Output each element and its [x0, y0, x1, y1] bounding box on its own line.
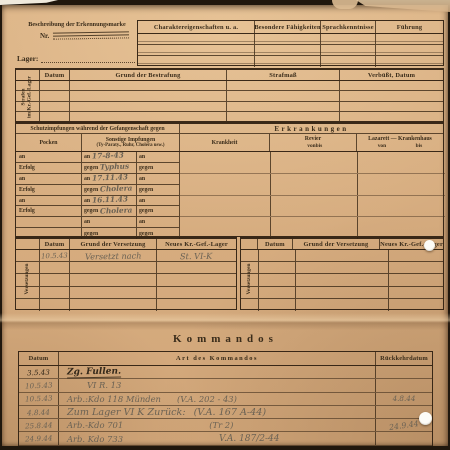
empty-cell — [375, 34, 443, 44]
empty-row — [138, 56, 443, 67]
impfung-type-handwritten: Cholera — [100, 205, 133, 215]
impfung-row: ErfolggegenTyphusgegen — [16, 163, 179, 174]
empty-row — [241, 250, 443, 262]
empty-row — [16, 299, 236, 311]
kommando-datum-cell: 24.9.44 — [19, 432, 58, 444]
sonstige-line2: (Ty-Paraty., Ruhr, Cholera usw.) — [96, 143, 164, 148]
versetzung-datum-cell: 10.5.43 — [39, 250, 69, 261]
empty-cell — [339, 102, 443, 111]
col-grund-der-versetzung: Grund der Versetzung — [292, 239, 379, 249]
pocken-cell: Erfolg — [16, 206, 81, 216]
gegen-label: gegen — [139, 208, 153, 214]
erfolg-label: Erfolg — [19, 208, 35, 214]
impfungen-subheader-row: Pocken Sonstige Impfungen (Ty-Paraty., R… — [16, 134, 443, 152]
empty-cell — [69, 81, 226, 90]
col-datum: Datum — [39, 239, 69, 249]
empty-cell — [375, 45, 443, 55]
lager-dotted-line — [41, 55, 135, 63]
kommando-datum-cell: 10.5.43 — [19, 393, 58, 405]
lager-row: Lager: — [17, 54, 135, 63]
versetzung-neues-lager-handwritten: St. VI-K — [180, 250, 212, 261]
empty-cell — [180, 174, 270, 195]
pocken-cell: Erfolg — [16, 163, 81, 173]
gegen-label: gegen — [139, 187, 153, 193]
empty-row — [16, 102, 443, 112]
kommando-note-handwritten: V.A. 187/2-44 — [219, 434, 279, 444]
impfung-cell: gegenCholera — [81, 185, 136, 195]
empty-cell — [241, 299, 258, 311]
kommando-row: 10.5.43 VI R. 13 — [19, 379, 432, 392]
impfungen-body: anan17-8-43an ErfolggegenTyphusgegen ana… — [16, 152, 179, 239]
scanned-pow-record-card: Beschreibung der Erkennungsmarke Nr. Lag… — [0, 0, 450, 450]
empty-cell — [295, 262, 388, 273]
kommando-datum-handwritten: 25.8.44 — [25, 420, 53, 430]
versetzung-grund-handwritten: Versetzt nach — [85, 250, 142, 261]
kommando-text-handwritten: Arb. Kdo 733 — [67, 434, 123, 444]
empty-row — [16, 274, 236, 286]
empty-cell — [69, 287, 156, 298]
kommando-datum-handwritten: 10.5.43 — [25, 394, 53, 404]
gegen-label: gegen — [139, 231, 153, 237]
impfung-cell: an — [81, 217, 136, 227]
empty-cell — [295, 274, 388, 285]
empty-row — [180, 217, 445, 239]
lager-label: Lager: — [17, 54, 38, 63]
punch-hole — [419, 412, 432, 425]
kommando-datum-handwritten: 3.5.43 — [27, 367, 50, 377]
empty-cell — [226, 102, 339, 111]
kommando-rueckkehr-cell — [375, 432, 432, 444]
empty-row — [180, 152, 445, 174]
kommando-rueckkehr-cell — [375, 379, 432, 391]
empty-row — [16, 112, 443, 122]
empty-row — [241, 299, 443, 311]
col-lazarett: Lazarett — Krankenhaus vonbis — [356, 134, 443, 151]
col-datum: Datum — [257, 239, 292, 249]
empty-cell — [226, 81, 339, 90]
impfung-cell: gegenTyphus — [81, 163, 136, 173]
col-art-des-kommandos: Art des Kommandos — [58, 352, 375, 365]
impfung-row: anan17-8-43an — [16, 152, 179, 163]
an-label: an — [139, 176, 145, 182]
empty-row — [16, 91, 443, 101]
impfung-cell: an17-8-43 — [81, 152, 136, 162]
empty-cell — [39, 81, 69, 90]
rueckkehr-datum-handwritten: 4.8.44 — [393, 394, 416, 403]
empty-cell — [258, 299, 295, 311]
empty-cell — [258, 287, 295, 298]
kommando-text-handwritten: Zum Lager VI K Zurück: — [67, 407, 186, 418]
empty-cell — [39, 91, 69, 100]
gegen-label: gegen — [84, 231, 98, 237]
empty-cell — [69, 91, 226, 100]
fold-crease — [0, 313, 450, 330]
impfung-row: ErfolggegenCholeragegen — [16, 185, 179, 196]
empty-cell — [180, 217, 270, 239]
impfung-row: ErfolggegenCholeragegen — [16, 206, 179, 217]
empty-cell — [16, 299, 39, 311]
pocken-cell: Erfolg — [16, 185, 81, 195]
col-pocken: Pocken — [16, 134, 81, 151]
character-table: Charaktereigenschaften u. a. Besondere F… — [137, 20, 444, 66]
rueckkehr-datum-handwritten: 24.9.44 — [389, 419, 420, 432]
empty-cell — [357, 196, 445, 217]
pocken-label: an — [19, 198, 25, 204]
kommando-row: 4.8.44 Zum Lager VI K Zurück:(V.A. 167 A… — [19, 406, 432, 419]
col-grund-der-bestrafung: Grund der Bestrafung — [69, 70, 226, 80]
versetzungen-side-text: Versetzungen — [246, 264, 252, 295]
empty-row — [180, 196, 445, 218]
an-label: an — [139, 154, 145, 160]
empty-cell — [258, 262, 295, 273]
pocken-label: an — [19, 154, 25, 160]
empty-cell — [69, 262, 156, 273]
an-label: an — [84, 219, 90, 225]
impfung-date-handwritten: 17-8-43 — [92, 151, 124, 161]
kommando-art-cell: Zg. Fullen. — [58, 366, 375, 378]
schutzimpfungen-header: Schutzimpfungen während der Gefangenscha… — [16, 124, 179, 133]
impfung-type-handwritten: Typhus — [100, 162, 129, 172]
erkrankungen-header: Erkrankungen — [179, 124, 443, 133]
kommando-datum-cell: 3.5.43 — [19, 366, 58, 378]
kommando-rueckkehr-cell: 4.8.44 — [375, 393, 432, 405]
kommandos-table: Datum Art des Kommandos Rückkehrdatum 3.… — [18, 351, 433, 446]
empty-cell — [258, 274, 295, 285]
empty-cell — [254, 56, 320, 67]
an-label: an — [84, 154, 90, 160]
kommando-note-handwritten: (Tr 2) — [209, 420, 233, 430]
an-label: an — [84, 198, 90, 204]
empty-cell — [254, 34, 320, 44]
versetzungen-header: Datum Grund der Versetzung Neues Kr.-Gef… — [16, 239, 236, 250]
impfung-cell2: gegen — [136, 206, 179, 216]
impfung-cell: an17.11.43 — [81, 174, 136, 184]
empty-cell — [320, 45, 375, 55]
gegen-label: gegen — [84, 187, 98, 193]
strafen-table: Datum Grund der Bestrafung Strafmaß Verb… — [15, 68, 444, 122]
empty-cell — [138, 56, 254, 67]
gegen-label: gegen — [139, 165, 153, 171]
kommando-text-handwritten: Arb.:Kdo 118 Münden — [67, 394, 161, 404]
empty-cell — [69, 299, 156, 311]
kommando-row: 3.5.43 Zg. Fullen. — [19, 366, 432, 379]
lazarett-von: von — [378, 143, 386, 149]
impfung-date-handwritten: 17.11.43 — [92, 173, 128, 183]
kommando-art-cell: Arb.-Kdo 701(Tr 2) — [58, 419, 375, 431]
empty-cell — [39, 112, 69, 122]
an-label: an — [139, 198, 145, 204]
versetzungen-side-label: Versetzungen — [246, 264, 252, 295]
pocken-cell: an — [16, 196, 81, 206]
revier-label-wrap: Revier vonbis — [305, 136, 321, 149]
pocken-cell: an — [16, 174, 81, 184]
empty-cell — [69, 112, 226, 122]
empty-cell — [295, 287, 388, 298]
strafen-side-label: Strafen im Kr.-Gef.-Lager — [21, 76, 34, 118]
empty-row — [241, 274, 443, 286]
versetzung-neues-cell: St. VI-K — [156, 250, 236, 261]
punch-hole — [424, 240, 435, 251]
empty-cell — [69, 274, 156, 285]
gegen-label: gegen — [84, 208, 98, 214]
col-krankheit: Krankheit — [179, 134, 269, 151]
col-datum: Datum — [19, 352, 58, 365]
versetzung-entry-row: 10.5.43 Versetzt nach St. VI-K — [16, 250, 236, 262]
empty-cell — [39, 287, 69, 298]
lazarett-label-wrap: Lazarett — Krankenhaus vonbis — [368, 136, 432, 149]
empty-cell — [180, 196, 270, 217]
impfung-cell2: an — [136, 174, 179, 184]
empty-cell — [156, 299, 236, 311]
impfungen-header-row: Schutzimpfungen während der Gefangenscha… — [16, 124, 443, 134]
kommandos-header: Datum Art des Kommandos Rückkehrdatum — [19, 352, 432, 366]
empty-cell — [258, 250, 295, 261]
kommando-row: 24.9.44 Arb. Kdo 733V.A. 187/2-44 — [19, 432, 432, 445]
col-sprachkenntnisse: Sprachkenntnisse — [320, 21, 375, 33]
pocken-cell — [16, 217, 81, 227]
empty-cell — [295, 299, 388, 311]
lazarett-bis: bis — [416, 143, 423, 149]
empty-row — [241, 287, 443, 299]
erkrankungen-body — [179, 152, 445, 239]
versetzung-datum-handwritten: 10.5.43 — [41, 251, 68, 260]
empty-cell — [388, 250, 443, 261]
strafen-side-line2: im Kr.-Gef.-Lager — [27, 76, 33, 118]
id-section: Beschreibung der Erkennungsmarke Nr. Lag… — [14, 18, 135, 66]
kommando-text-handwritten: Zg. Fullen. — [67, 366, 121, 378]
impfung-cell: an16.11.43 — [81, 196, 136, 206]
empty-cell — [339, 112, 443, 122]
impfung-cell2: an — [136, 152, 179, 162]
kommando-rueckkehr-cell — [375, 366, 432, 378]
impfung-row: anan — [16, 217, 179, 228]
empty-cell — [254, 45, 320, 55]
col-neues-lager: Neues Kr.-Gef.-Lager — [156, 239, 236, 249]
empty-row — [16, 81, 443, 91]
empty-row — [16, 262, 236, 274]
versetzung-grund-cell: Versetzt nach — [69, 250, 156, 261]
kommando-datum-handwritten: 24.9.44 — [25, 434, 53, 444]
col-revier: Revier vonbis — [269, 134, 356, 151]
kommando-datum-handwritten: 10.5.43 — [25, 380, 53, 390]
impfung-cell: gegenCholera — [81, 206, 136, 216]
empty-cell — [69, 102, 226, 111]
empty-cell — [388, 262, 443, 273]
col-strafmass: Strafmaß — [226, 70, 339, 80]
col-datum: Datum — [39, 70, 69, 80]
empty-cell — [320, 34, 375, 44]
character-table-header: Charaktereigenschaften u. a. Besondere F… — [138, 21, 443, 34]
empty-cell — [357, 217, 445, 239]
kommando-art-cell: Arb. Kdo 733V.A. 187/2-44 — [58, 432, 375, 444]
kommando-text-handwritten: VI R. 13 — [87, 380, 121, 390]
nr-row: Nr. — [40, 31, 129, 40]
revier-bis: bis — [316, 143, 323, 149]
empty-cell — [388, 274, 443, 285]
kommando-art-cell: Zum Lager VI K Zurück:(V.A. 167 A-44) — [58, 406, 375, 418]
impfung-cell2: an — [136, 196, 179, 206]
impfung-type-handwritten: Cholera — [100, 184, 133, 194]
kommando-art-cell: VI R. 13 — [58, 379, 375, 391]
versetzungen-side-label: Versetzungen — [24, 264, 30, 295]
empty-cell — [357, 152, 445, 173]
empty-cell — [270, 152, 357, 173]
empty-cell — [339, 81, 443, 90]
empty-cell — [270, 196, 357, 217]
empty-cell — [226, 112, 339, 122]
nr-label: Nr. — [40, 32, 49, 40]
col-fuehrung: Führung — [375, 21, 443, 33]
versetzungen-side-head — [241, 239, 257, 249]
empty-row — [241, 262, 443, 274]
versetzungen-side-head — [16, 239, 39, 249]
nr-scribble — [53, 30, 129, 39]
strafen-header: Datum Grund der Bestrafung Strafmaß Verb… — [16, 70, 443, 81]
empty-row — [180, 174, 445, 196]
erkennungsmarke-label: Beschreibung der Erkennungsmarke — [22, 21, 132, 28]
lazarett-label: Lazarett — Krankenhaus — [368, 136, 432, 143]
pocken-label: an — [19, 176, 25, 182]
erfolg-label: Erfolg — [19, 165, 35, 171]
col-rueckkehrdatum: Rückkehrdatum — [375, 352, 432, 365]
versetzungen-side-text: Versetzungen — [24, 264, 30, 295]
empty-cell — [156, 262, 236, 273]
empty-cell — [138, 45, 254, 55]
kommando-art-cell: Arb.:Kdo 118 Münden(V.A. 202 - 43) — [58, 393, 375, 405]
empty-cell — [388, 299, 443, 311]
versetzungen-header: Datum Grund der Versetzung Neues Kr.-Gef… — [241, 239, 443, 250]
impfung-cell2: gegen — [136, 185, 179, 195]
kommando-datum-cell: 25.8.44 — [19, 419, 58, 431]
empty-cell — [339, 91, 443, 100]
empty-row — [138, 34, 443, 45]
empty-row — [16, 287, 236, 299]
col-grund-der-versetzung: Grund der Versetzung — [69, 239, 156, 249]
revier-label: Revier — [305, 136, 321, 143]
kommando-note-handwritten: (V.A. 202 - 43) — [177, 394, 237, 404]
gegen-label: gegen — [84, 165, 98, 171]
empty-cell — [156, 274, 236, 285]
impfungen-erkrankungen-table: Schutzimpfungen während der Gefangenscha… — [15, 122, 444, 237]
empty-cell — [320, 56, 375, 67]
versetzungen-table-left: Datum Grund der Versetzung Neues Kr.-Gef… — [15, 237, 237, 310]
erfolg-label: Erfolg — [19, 187, 35, 193]
kommando-row: 25.8.44 Arb.-Kdo 701(Tr 2) 24.9.44 — [19, 419, 432, 432]
col-charaktereigenschaften: Charaktereigenschaften u. a. — [138, 21, 254, 33]
empty-cell — [180, 152, 270, 173]
empty-cell — [241, 250, 258, 261]
impfung-cell2: an — [136, 217, 179, 227]
kommando-datum-cell: 4.8.44 — [19, 406, 58, 418]
empty-cell — [39, 299, 69, 311]
kommando-datum-cell: 10.5.43 — [19, 379, 58, 391]
col-sonstige-impfungen: Sonstige Impfungen (Ty-Paraty., Ruhr, Ch… — [81, 134, 179, 151]
kommando-text-handwritten: Arb.-Kdo 701 — [67, 420, 123, 430]
empty-row — [138, 45, 443, 56]
impfung-date-handwritten: 16.11.43 — [92, 194, 128, 204]
kommandos-title: Kommandos — [18, 333, 433, 345]
kommando-datum-handwritten: 4.8.44 — [27, 407, 50, 417]
empty-cell — [357, 174, 445, 195]
an-label: an — [84, 176, 90, 182]
kommando-row: 10.5.43 Arb.:Kdo 118 Münden(V.A. 202 - 4… — [19, 393, 432, 406]
pocken-cell: an — [16, 152, 81, 162]
empty-cell — [388, 287, 443, 298]
impfung-row: anan16.11.43an — [16, 196, 179, 207]
empty-cell — [375, 56, 443, 67]
impfung-cell2: gegen — [136, 163, 179, 173]
revier-von: von — [307, 143, 315, 149]
impfung-row: anan17.11.43an — [16, 174, 179, 185]
empty-cell — [16, 250, 39, 261]
empty-cell — [138, 34, 254, 44]
col-verbuesst-datum: Verbüßt, Datum — [339, 70, 443, 80]
empty-cell — [156, 287, 236, 298]
kommando-note-handwritten: (V.A. 167 A-44) — [194, 407, 267, 418]
an-label: an — [139, 219, 145, 225]
empty-cell — [39, 262, 69, 273]
empty-cell — [226, 91, 339, 100]
empty-cell — [295, 250, 388, 261]
empty-cell — [39, 102, 69, 111]
empty-cell — [270, 217, 357, 239]
versetzungen-table-right: Datum Grund der Versetzung Neues Kr.-Gef… — [240, 237, 444, 310]
col-besondere-faehigkeiten: Besondere Fähigkeiten — [254, 21, 320, 33]
empty-cell — [39, 274, 69, 285]
empty-cell — [270, 174, 357, 195]
